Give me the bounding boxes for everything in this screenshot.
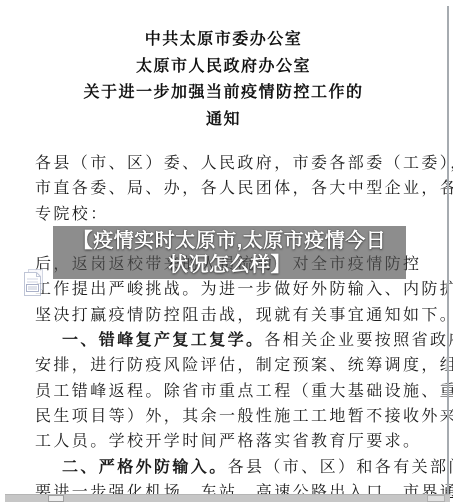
doc-text-line: 坚决打赢疫情防控阻击战，现就有关事宜通知如下。 <box>35 303 422 328</box>
doc-text-line: 安排，进行防疫风险评估，制定预案、统筹调度，组织 <box>35 353 422 378</box>
doc-title-line: 关于进一步加强当前疫情防控工作的 <box>0 80 447 107</box>
doc-text-line: 工人员。学校开学时间严格落实省教育厅要求。 <box>35 429 422 454</box>
doc-title-line: 通知 <box>0 107 447 134</box>
attachment-page-icon <box>23 269 46 297</box>
scrollbar-thumb[interactable] <box>48 495 64 502</box>
doc-text-line: 民生项目等）外，其余一般性施工工地暂不接收外来务 <box>35 404 422 429</box>
doc-text-line: 二、严格外防输入。各县（市、区）和各有关部门 <box>35 455 422 480</box>
caption-line-1: 【疫情实时太原市,太原市疫情今日 <box>53 229 406 253</box>
doc-text-segment: 各县（市、区）和各有关部门 <box>228 459 453 476</box>
doc-text-line: 市直各委、局、办，各人民团体，各大中型企业，各大 <box>35 176 422 201</box>
doc-text-line: 一、错峰复产复工复学。各相关企业要按照省政府 <box>35 328 422 353</box>
scrollbar-right-button[interactable] <box>427 495 445 502</box>
document-viewer: 中共太原市委办公室 太原市人民政府办公室 关于进一步加强当前疫情防控工作的 通知… <box>0 0 453 502</box>
doc-title-line: 中共太原市委办公室 <box>0 27 447 54</box>
doc-text-line: 专院校： <box>35 202 422 227</box>
page-right-border <box>447 6 449 496</box>
doc-text-segment: 各相关企业要按照省政府 <box>264 332 453 349</box>
doc-text-line: 员工错峰返程。除省市重点工程（重大基础设施、重点 <box>35 379 422 404</box>
doc-title: 中共太原市委办公室 太原市人民政府办公室 关于进一步加强当前疫情防控工作的 通知 <box>0 27 447 133</box>
section-heading-2: 二、严格外防输入。 <box>62 459 228 476</box>
doc-body: 各县（市、区）委、人民政府，市委各部委（工委）， 市直各委、局、办，各人民团体，… <box>35 151 422 502</box>
horizontal-scrollbar[interactable] <box>5 494 450 502</box>
section-heading-1: 一、错峰复产复工复学。 <box>62 332 264 349</box>
caption-line-2: 状况怎么样】 <box>53 253 406 277</box>
caption-overlay: 【疫情实时太原市,太原市疫情今日 状况怎么样】 <box>53 226 406 279</box>
doc-title-line: 太原市人民政府办公室 <box>0 54 447 81</box>
doc-text-line: 各县（市、区）委、人民政府，市委各部委（工委）， <box>35 151 422 176</box>
doc-text-line: 工作提出严峻挑战。为进一步做好外防输入、内防扩散， <box>35 277 422 302</box>
